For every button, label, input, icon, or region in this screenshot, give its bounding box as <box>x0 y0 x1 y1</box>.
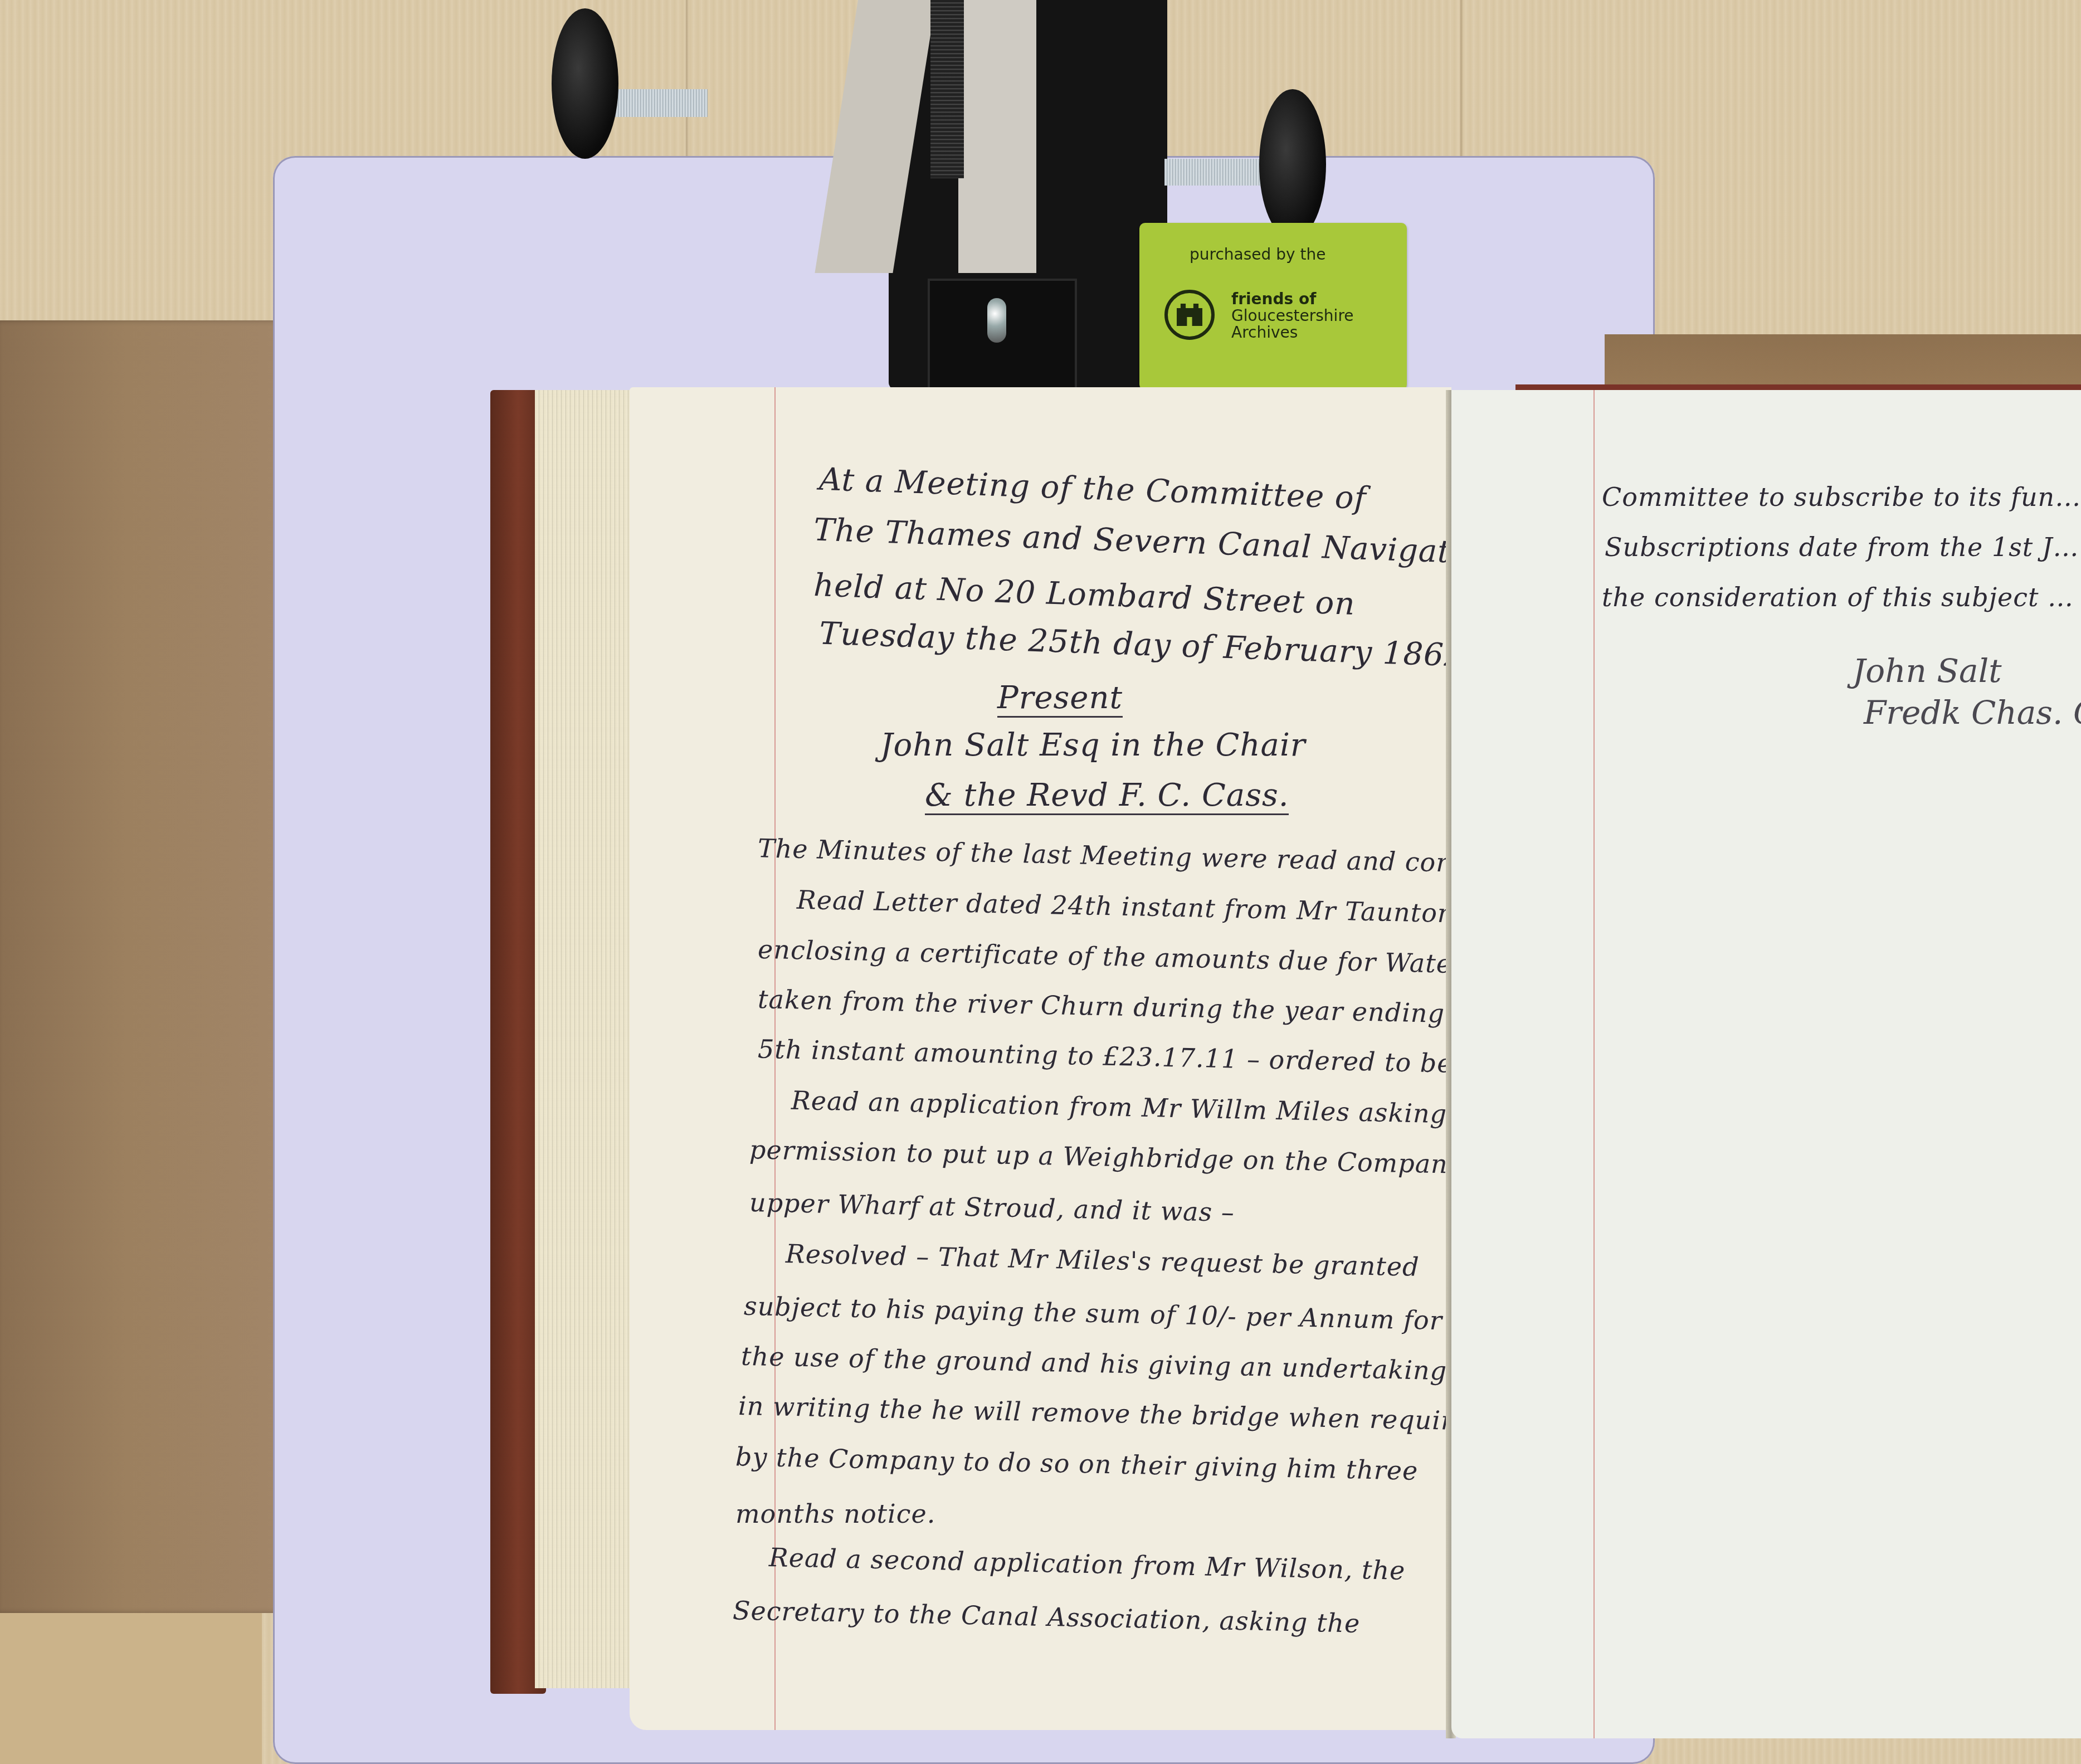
minute-line: by the Company to do so on their giving … <box>735 1441 1419 1486</box>
minute-line: months notice. <box>735 1499 935 1529</box>
archive-box-left <box>0 320 318 1613</box>
archive-box-left-lower <box>0 1613 262 1764</box>
heading-line: At a Meeting of the Committee of <box>818 461 1367 516</box>
friends-of-gloucestershire-archives-label: purchased by the friends of Gloucestersh… <box>1139 223 1407 390</box>
page-stack <box>535 390 635 1688</box>
signature-chair: John Salt <box>1853 652 2002 690</box>
threaded-rod <box>1164 159 1270 186</box>
minute-line: permission to put up a Weighbridge on th… <box>749 1134 1485 1180</box>
clamp-knob-left[interactable] <box>552 8 618 159</box>
label-org-line3: Archives <box>1231 324 1354 341</box>
minute-line: upper Wharf at Stroud, and it was – <box>749 1187 1235 1227</box>
minute-line: Committee to subscribe to its fun… <box>1602 482 2081 512</box>
threaded-rod <box>613 89 708 117</box>
minute-line: Read Letter dated 24th instant from Mr T… <box>797 885 1455 929</box>
attendee: John Salt Esq in the Chair <box>880 727 1306 763</box>
signature-secretary: Fredk Chas. Cass <box>1864 694 2081 732</box>
castle-seal-icon <box>1164 290 1215 340</box>
heading-line: The Thames and Severn Canal Navigation <box>813 511 1502 572</box>
copy-stand-rail <box>958 0 1036 273</box>
copy-stand-rack <box>930 0 964 178</box>
minute-line: Resolved – That Mr Miles's request be gr… <box>786 1239 1420 1282</box>
minute-line: Read a second application from Mr Wilson… <box>769 1542 1406 1586</box>
minute-line: the use of the ground and his giving an … <box>741 1341 1448 1386</box>
minute-line: taken from the river Churn during the ye… <box>758 984 1498 1030</box>
minute-line: 5th instant amounting to £23.17.11 – ord… <box>758 1034 1529 1080</box>
attendee: & the Revd F. C. Cass. <box>925 777 1289 815</box>
minute-line: Read an application from Mr Willm Miles … <box>791 1085 1448 1129</box>
heading-line: Tuesday the 25th day of February 1862. <box>818 615 1475 674</box>
label-org-name: friends of Gloucestershire Archives <box>1231 291 1354 341</box>
clamp-knob-right[interactable] <box>1259 89 1326 240</box>
minute-line: Secretary to the Canal Association, aski… <box>733 1595 1361 1639</box>
margin-rule <box>1593 390 1595 1738</box>
right-page: Committee to subscribe to its fun… Subsc… <box>1451 390 2081 1738</box>
heading-line: held at No 20 Lombard Street on <box>813 567 1356 622</box>
present-heading: Present <box>997 680 1123 718</box>
label-purchased-by: purchased by the <box>1190 245 1325 264</box>
minute-line: enclosing a certificate of the amounts d… <box>758 934 1465 980</box>
minute-line: Subscriptions date from the 1st J… <box>1605 532 2079 562</box>
minute-line: The Minutes of the last Meeting were rea… <box>758 833 1543 879</box>
left-page: At a Meeting of the Committee of The Tha… <box>630 387 1451 1730</box>
minute-line: subject to his paying the sum of 10/- pe… <box>744 1291 1443 1336</box>
label-org-line1: friends of <box>1231 291 1354 308</box>
minute-line: in writing the he will remove the bridge… <box>738 1391 1487 1436</box>
minute-line: the consideration of this subject … <box>1602 582 2074 612</box>
label-org-line2: Gloucestershire <box>1231 308 1354 324</box>
screw-icon <box>987 298 1006 343</box>
